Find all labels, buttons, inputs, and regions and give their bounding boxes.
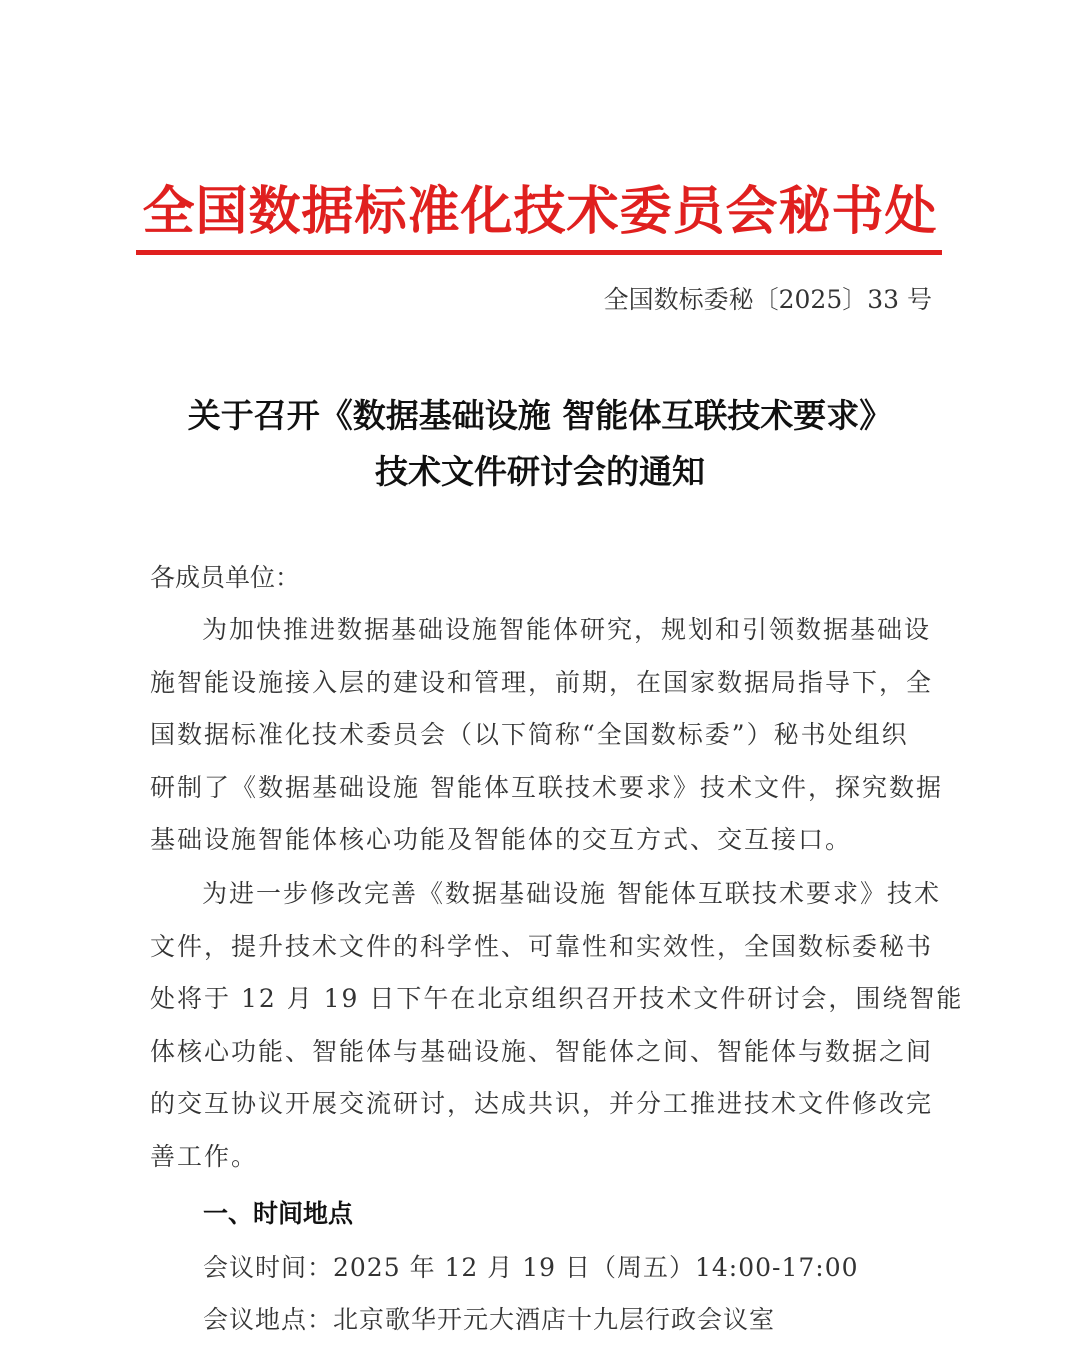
paragraph-line: 的交互协议开展交流研讨，达成共识，并分工推进技术文件修改完 (150, 1078, 934, 1131)
salutation: 各成员单位： (150, 558, 300, 598)
paragraph-2: 为进一步修改完善《数据基础设施 智能体互联技术要求》技术 文件，提升技术文件的科… (150, 868, 934, 1183)
paragraph-1: 为加快推进数据基础设施智能体研究，规划和引领数据基础设 施智能设施接入层的建设和… (150, 604, 934, 867)
paragraph-line: 为加快推进数据基础设施智能体研究，规划和引领数据基础设 (150, 604, 934, 657)
paragraph-line: 国数据标准化技术委员会（以下简称“全国数标委”）秘书处组织 (150, 709, 934, 762)
meeting-time: 会议时间：2025 年 12 月 19 日（周五）14:00-17:00 (203, 1248, 859, 1288)
paragraph-line: 施智能设施接入层的建设和管理，前期，在国家数据局指导下，全 (150, 657, 934, 710)
notice-title: 关于召开《数据基础设施 智能体互联技术要求》 技术文件研讨会的通知 (140, 388, 940, 500)
paragraph-line: 处将于 12 月 19 日下午在北京组织召开技术文件研讨会，围绕智能 (150, 973, 934, 1026)
title-line-1: 关于召开《数据基础设施 智能体互联技术要求》 (140, 388, 940, 444)
paragraph-line: 基础设施智能体核心功能及智能体的交互方式、交互接口。 (150, 814, 934, 867)
meeting-place: 会议地点：北京歌华开元大酒店十九层行政会议室 (203, 1300, 775, 1340)
section-heading-time-place: 一、时间地点 (203, 1194, 353, 1234)
title-line-2: 技术文件研讨会的通知 (140, 444, 940, 500)
paragraph-line: 为进一步修改完善《数据基础设施 智能体互联技术要求》技术 (150, 868, 934, 921)
paragraph-line: 文件，提升技术文件的科学性、可靠性和实效性，全国数标委秘书 (150, 921, 934, 974)
paragraph-line: 体核心功能、智能体与基础设施、智能体之间、智能体与数据之间 (150, 1026, 934, 1079)
notice-page: 全国数据标准化技术委员会秘书处 全国数标委秘〔2025〕33 号 关于召开《数据… (0, 0, 1080, 1363)
document-number: 全国数标委秘〔2025〕33 号 (604, 280, 932, 320)
red-divider-rule (136, 250, 942, 255)
paragraph-line: 研制了《数据基础设施 智能体互联技术要求》技术文件，探究数据 (150, 762, 934, 815)
paragraph-line: 善工作。 (150, 1131, 934, 1184)
organization-header: 全国数据标准化技术委员会秘书处 (138, 180, 942, 244)
